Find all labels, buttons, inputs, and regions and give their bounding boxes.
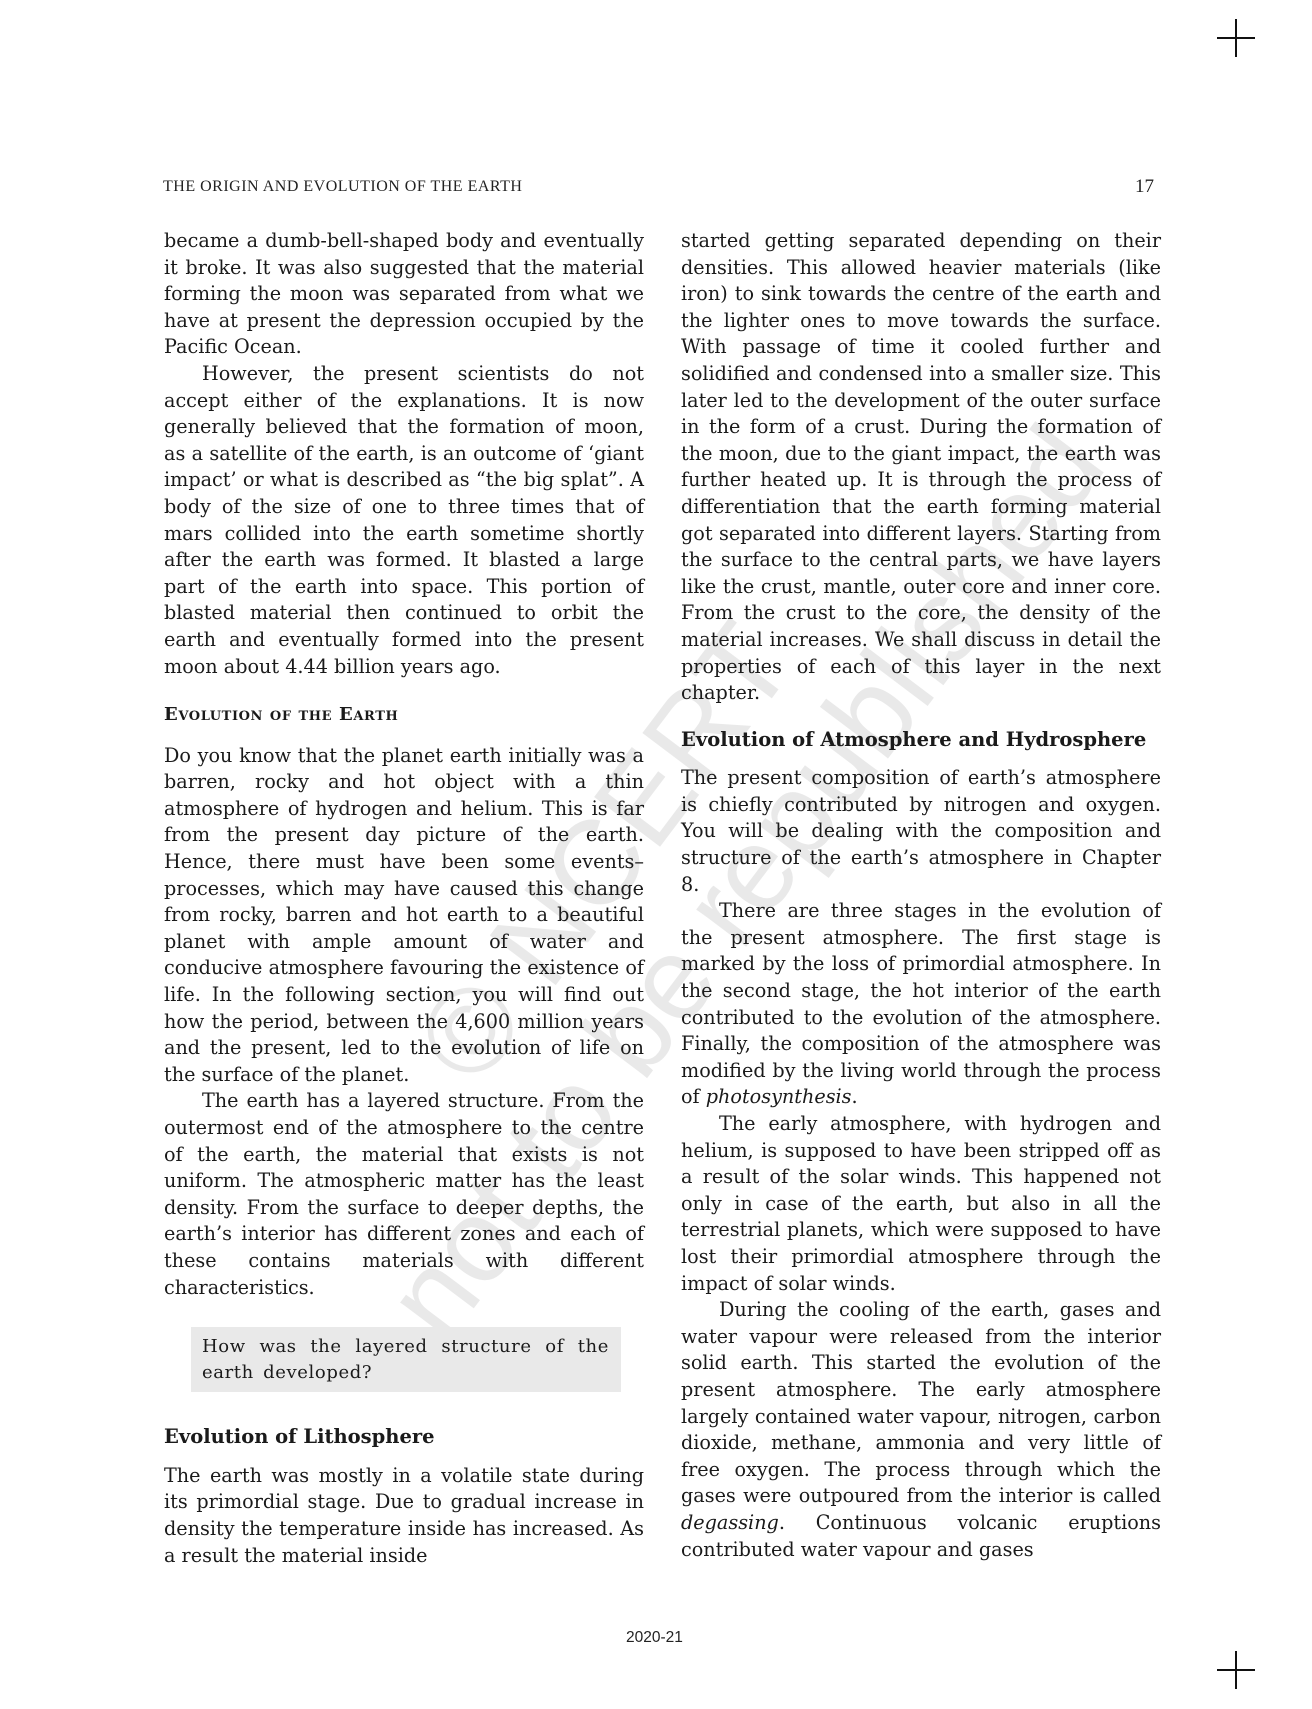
text: . (852, 1085, 858, 1108)
paragraph: became a dumb-bell-shaped body and event… (164, 228, 644, 361)
right-column: started getting separated depending on t… (681, 228, 1161, 1563)
paragraph: The earth was mostly in a volatile state… (164, 1463, 644, 1569)
paragraph: The present composition of earth’s atmos… (681, 765, 1161, 898)
paragraph: The early atmosphere, with hydrogen and … (681, 1111, 1161, 1297)
page-number: 17 (1135, 176, 1154, 198)
section-heading: Evolution of the Earth (164, 702, 644, 729)
paragraph: The earth has a layered structure. From … (164, 1088, 644, 1301)
sub-heading: Evolution of Lithosphere (164, 1424, 644, 1451)
crop-mark-icon (1217, 1651, 1255, 1689)
paragraph: However, the present scientists do not a… (164, 361, 644, 680)
crop-mark-icon (1217, 19, 1255, 57)
running-title: THE ORIGIN AND EVOLUTION OF THE EARTH (163, 178, 1163, 196)
paragraph: started getting separated depending on t… (681, 228, 1161, 707)
emphasis-term: photosynthesis (706, 1085, 852, 1108)
emphasis-term: degassing (681, 1511, 779, 1534)
text: During the cooling of the earth, gases a… (681, 1298, 1161, 1507)
footer-year: 2020-21 (626, 1629, 683, 1647)
text: There are three stages in the evolution … (681, 899, 1161, 1108)
paragraph: Do you know that the planet earth initia… (164, 743, 644, 1089)
paragraph: There are three stages in the evolution … (681, 898, 1161, 1111)
left-column: became a dumb-bell-shaped body and event… (164, 228, 644, 1569)
question-box: How was the layered structure of the ear… (191, 1327, 621, 1392)
sub-heading: Evolution of Atmosphere and Hydrosphere (681, 727, 1161, 754)
paragraph: During the cooling of the earth, gases a… (681, 1297, 1161, 1563)
